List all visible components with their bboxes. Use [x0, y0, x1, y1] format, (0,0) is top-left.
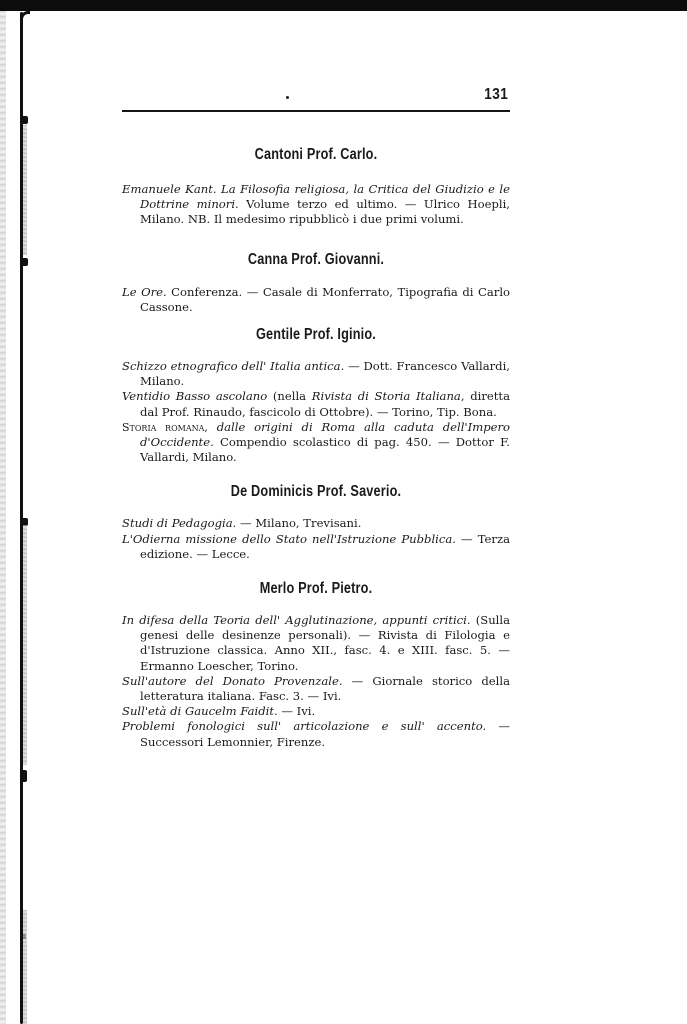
entry-title: Le Ore.: [122, 285, 167, 299]
section-title: Cantoni Prof. Carlo.: [157, 145, 475, 165]
section-gentile: Gentile Prof. Iginio. Schizzo etnografic…: [122, 325, 510, 465]
entry-details: — Milano, Trevisani.: [236, 516, 361, 530]
bibliography-entry: Studi di Pedagogia. — Milano, Trevisani.: [122, 516, 510, 531]
bibliography-list: Le Ore. Conferenza. — Casale di Monferra…: [122, 285, 510, 315]
entry-smallcaps-title: Storia romana,: [122, 421, 208, 434]
entry-title: Studi di Pedagogia.: [122, 516, 236, 530]
binding-mark: [21, 116, 28, 124]
header-rule: [122, 110, 510, 112]
entry-journal: Rivista di Storia Italiana: [312, 389, 461, 403]
section-merlo: Merlo Prof. Pietro. In difesa della Teor…: [122, 579, 510, 750]
bibliography-entry: Le Ore. Conferenza. — Casale di Monferra…: [122, 285, 510, 315]
bibliography-list: Emanuele Kant. La Filosofia religiosa, l…: [122, 182, 510, 228]
binding-mark: [21, 770, 27, 782]
section-canna: Canna Prof. Giovanni. Le Ore. Conferenza…: [122, 250, 510, 315]
entry-title: In difesa della Teoria dell' Agglutinazi…: [122, 613, 471, 627]
bibliography-entry: Ventidio Basso ascolano (nella Rivista d…: [122, 389, 510, 419]
section-cantoni: Cantoni Prof. Carlo. Emanuele Kant. La F…: [122, 145, 510, 228]
entry-details: Conferenza. — Casale di Monferrato, Tipo…: [140, 285, 510, 314]
scan-binding-edge: [0, 11, 6, 1024]
bibliography-entry: L'Odierna missione dello Stato nell'Istr…: [122, 532, 510, 562]
entry-title: Schizzo etnografico dell' Italia antica.: [122, 359, 344, 373]
entry-details: — Ivi.: [278, 704, 316, 718]
section-title: Merlo Prof. Pietro.: [157, 579, 475, 599]
binding-speckle: [23, 125, 27, 255]
bibliography-list: Studi di Pedagogia. — Milano, Trevisani.…: [122, 516, 510, 562]
entry-title: L'Odierna missione dello Stato nell'Istr…: [122, 532, 456, 546]
section-de-dominicis: De Dominicis Prof. Saverio. Studi di Ped…: [122, 482, 510, 562]
section-title: Gentile Prof. Iginio.: [157, 325, 475, 345]
bibliography-list: Schizzo etnografico dell' Italia antica.…: [122, 359, 510, 465]
bibliography-entry: Sull'età di Gaucelm Faidit. — Ivi.: [122, 704, 510, 719]
entry-title: Sull'età di Gaucelm Faidit.: [122, 704, 278, 718]
bibliography-entry: Sull'autore del Donato Provenzale. — Gio…: [122, 674, 510, 704]
head-dot: [286, 96, 289, 99]
entry-details: (nella: [267, 389, 312, 403]
entry-title: Sull'autore del Donato Provenzale.: [122, 674, 343, 688]
binding-mark: [21, 258, 28, 266]
bibliography-entry: Schizzo etnografico dell' Italia antica.…: [122, 359, 510, 389]
bibliography-entry: Emanuele Kant. La Filosofia religiosa, l…: [122, 182, 510, 228]
binding-speckle: [23, 910, 27, 1024]
book-page: 131 Cantoni Prof. Carlo. Emanuele Kant. …: [122, 84, 510, 750]
bibliography-entry: Problemi fonologici sull' articolazione …: [122, 719, 510, 749]
binding-speckle: [23, 525, 27, 765]
entry-title: Problemi fonologici sull' articolazione …: [122, 719, 486, 733]
bibliography-entry: In difesa della Teoria dell' Agglutinazi…: [122, 613, 510, 674]
section-title: Canna Prof. Giovanni.: [157, 250, 475, 270]
section-title: De Dominicis Prof. Saverio.: [157, 482, 475, 502]
bibliography-entry: Storia romana, dalle origini di Roma all…: [122, 420, 510, 466]
running-head: 131: [122, 84, 510, 110]
bibliography-list: In difesa della Teoria dell' Agglutinazi…: [122, 613, 510, 750]
page-number: 131: [484, 86, 508, 104]
scan-top-border: [0, 0, 687, 11]
entry-title: Ventidio Basso ascolano: [122, 389, 267, 403]
